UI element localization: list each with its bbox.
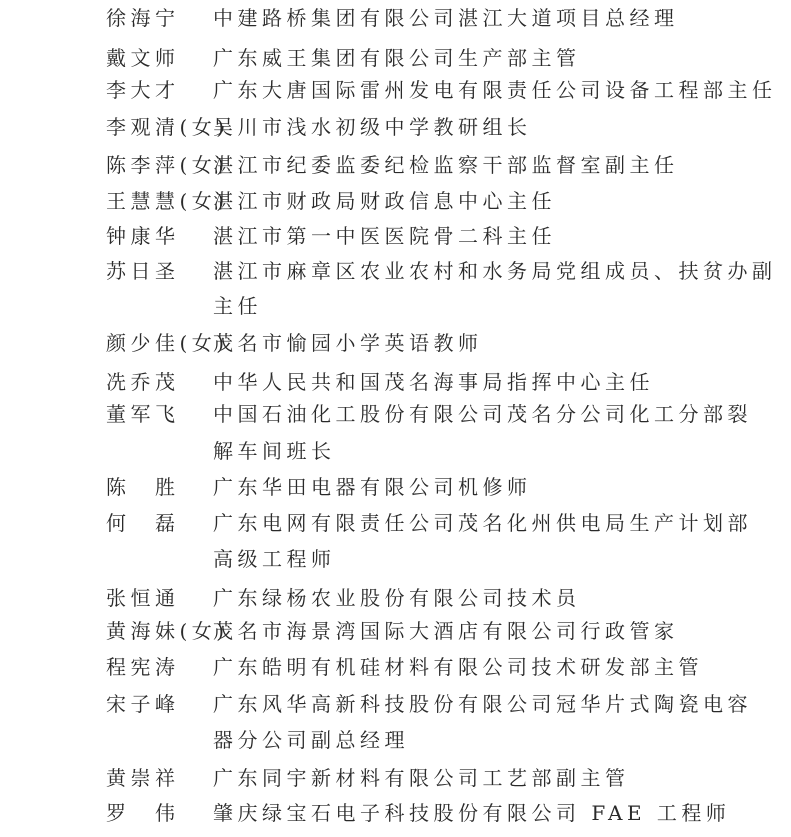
person-name: 宋子峰 bbox=[106, 691, 180, 717]
person-name: 黄崇祥 bbox=[106, 765, 180, 791]
document-page: 徐海宁中建路桥集团有限公司湛江大道项目总经理戴文师广东威王集团有限公司生产部主管… bbox=[0, 0, 791, 837]
position-description-continued: 主任 bbox=[213, 293, 262, 319]
position-description: 湛江市财政局财政信息中心主任 bbox=[213, 188, 556, 214]
person-name: 李观清(女) bbox=[106, 114, 229, 140]
position-description: 茂名市愉园小学英语教师 bbox=[213, 330, 483, 356]
position-description: 肇庆绿宝石电子科技股份有限公司 FAE 工程师 bbox=[213, 800, 730, 826]
position-description: 广东皓明有机硅材料有限公司技术研发部主管 bbox=[213, 654, 703, 680]
person-name: 钟康华 bbox=[106, 223, 180, 249]
position-description: 中建路桥集团有限公司湛江大道项目总经理 bbox=[213, 5, 679, 31]
position-description: 广东大唐国际雷州发电有限责任公司设备工程部主任 bbox=[213, 77, 777, 103]
person-name: 苏日圣 bbox=[106, 258, 180, 284]
person-name: 黄海妹(女) bbox=[106, 618, 229, 644]
person-name: 戴文师 bbox=[106, 45, 180, 71]
person-name: 王慧慧(女) bbox=[106, 188, 229, 214]
position-description: 吴川市浅水初级中学教研组长 bbox=[213, 114, 532, 140]
position-description: 广东风华高新科技股份有限公司冠华片式陶瓷电容 bbox=[213, 691, 752, 717]
position-description-continued: 高级工程师 bbox=[213, 546, 336, 572]
position-description: 广东绿杨农业股份有限公司技术员 bbox=[213, 585, 581, 611]
position-description: 广东电网有限责任公司茂名化州供电局生产计划部 bbox=[213, 510, 752, 536]
person-name: 董军飞 bbox=[106, 401, 180, 427]
position-description: 湛江市麻章区农业农村和水务局党组成员、扶贫办副 bbox=[213, 258, 777, 284]
position-description: 中华人民共和国茂名海事局指挥中心主任 bbox=[213, 369, 654, 395]
position-description: 湛江市第一中医医院骨二科主任 bbox=[213, 223, 556, 249]
position-description: 中国石油化工股份有限公司茂名分公司化工分部裂 bbox=[213, 401, 752, 427]
person-name: 程宪涛 bbox=[106, 654, 180, 680]
person-name: 李大才 bbox=[106, 77, 180, 103]
person-name: 张恒通 bbox=[106, 585, 180, 611]
person-name: 颜少佳(女) bbox=[106, 330, 229, 356]
position-description: 广东华田电器有限公司机修师 bbox=[213, 474, 532, 500]
position-description: 茂名市海景湾国际大酒店有限公司行政管家 bbox=[213, 618, 679, 644]
position-description-continued: 器分公司副总经理 bbox=[213, 727, 409, 753]
position-description-continued: 解车间班长 bbox=[213, 438, 336, 464]
person-name: 徐海宁 bbox=[106, 5, 180, 31]
person-name: 陈 胜 bbox=[106, 474, 180, 500]
position-description: 广东同宇新材料有限公司工艺部副主管 bbox=[213, 765, 630, 791]
person-name: 罗 伟 bbox=[106, 800, 180, 826]
position-description: 湛江市纪委监委纪检监察干部监督室副主任 bbox=[213, 152, 679, 178]
person-name: 陈李萍(女) bbox=[106, 152, 229, 178]
position-description: 广东威王集团有限公司生产部主管 bbox=[213, 45, 581, 71]
person-name: 冼乔茂 bbox=[106, 369, 180, 395]
person-name: 何 磊 bbox=[106, 510, 180, 536]
